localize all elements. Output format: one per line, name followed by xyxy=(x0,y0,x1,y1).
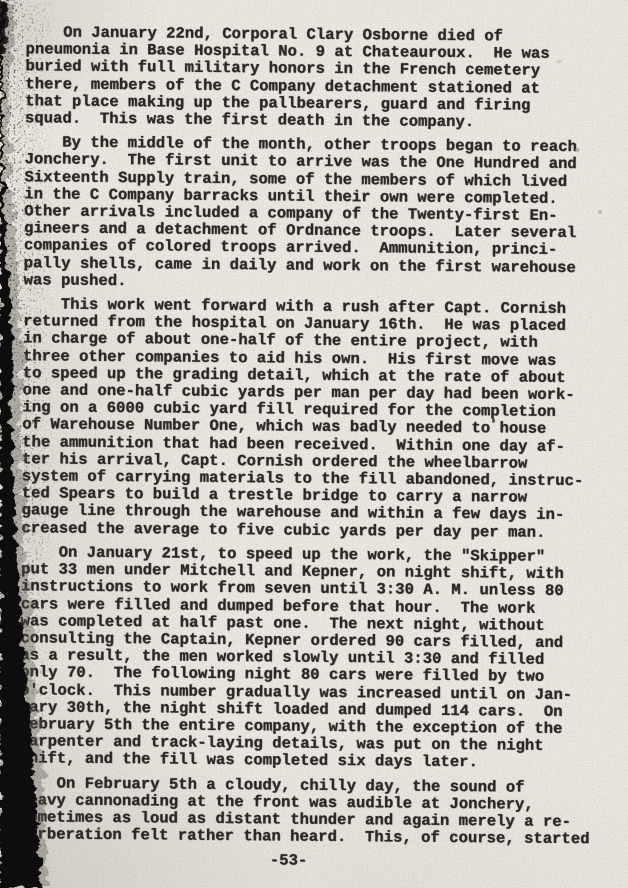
text-block: On January 22nd, Corporal Clary Osborne … xyxy=(19,24,614,848)
paragraph: By the middle of the month, other troops… xyxy=(23,134,612,294)
page-body: On January 22nd, Corporal Clary Osborne … xyxy=(0,0,628,880)
paragraph: On February 5th a cloudy, chilly day, th… xyxy=(19,775,608,849)
page-number: -53- xyxy=(18,851,558,873)
paragraph: This work went forward with a rush after… xyxy=(21,296,611,542)
paragraph: On January 22nd, Corporal Clary Osborne … xyxy=(25,24,614,132)
scanned-page: On January 22nd, Corporal Clary Osborne … xyxy=(0,0,628,888)
paragraph: On January 21st, to speed up the work, t… xyxy=(19,544,609,773)
